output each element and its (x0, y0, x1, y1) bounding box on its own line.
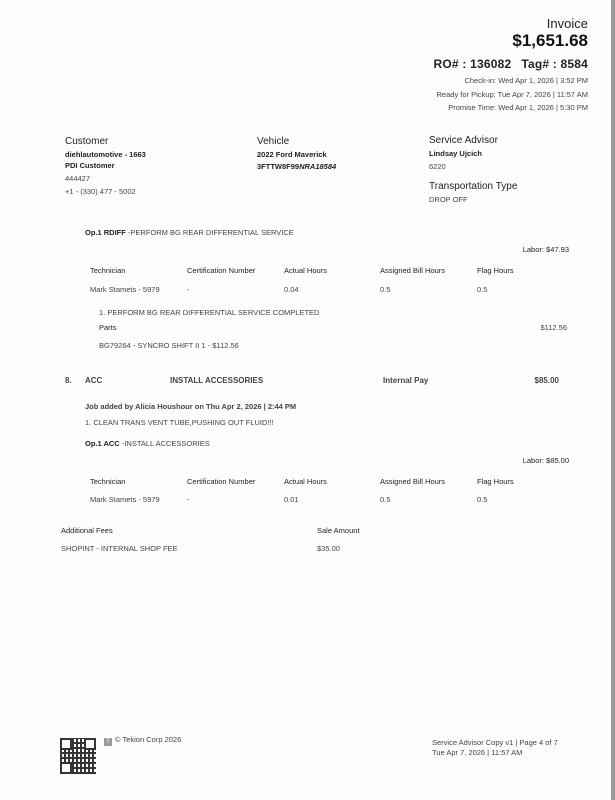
fees-label: Additional Fees (61, 526, 113, 535)
fee-item: SHOPINT - INTERNAL SHOP FEE (61, 544, 178, 553)
job7-story: 1. PERFORM BG REAR DIFFERENTIAL SERVICE … (99, 308, 319, 317)
transport-value: DROP OFF (429, 195, 517, 204)
job8-pay-type: Internal Pay (383, 376, 428, 385)
customer-name: diehlautomotive - 1663 (65, 150, 146, 159)
customer-section: Customer diehlautomotive - 1663 PDI Cust… (65, 136, 146, 196)
job8-tech-assigned: 0.5 (380, 495, 390, 504)
job7-parts-label: Parts (99, 323, 117, 332)
customer-type: PDI Customer (65, 161, 146, 170)
job7-tech-actual: 0.04 (284, 285, 299, 294)
job7-labor: Labor: $47.93 (523, 245, 569, 254)
job8-name: INSTALL ACCESSORIES (170, 376, 263, 385)
job8-number: 8. (65, 376, 72, 385)
advisor-label: Service Advisor (429, 135, 517, 146)
vin-prefix: 3FTTW8F99 (257, 162, 299, 171)
advisor-section: Service Advisor Lindsay Ujcich 6220 Tran… (429, 135, 517, 204)
job8-code: ACC (85, 376, 102, 385)
job8-labor-text: Labor: $85.00 (523, 456, 569, 465)
customer-label: Customer (65, 136, 146, 147)
job7-op-code: Op.1 RDIFF (85, 228, 126, 237)
tekion-logo-icon: T (104, 738, 112, 746)
check-in: Check-in: Wed Apr 1, 2026 | 3:52 PM (464, 76, 588, 85)
fees-amount-label: Sale Amount (317, 526, 360, 535)
job8-tech-actual: 0.01 (284, 495, 299, 504)
advisor-name: Lindsay Ujcich (429, 149, 517, 158)
tag-number: Tag# : 8584 (521, 57, 588, 71)
job7-th-assigned: Assigned Bill Hours (380, 266, 445, 275)
job7-tech-flag: 0.5 (477, 285, 487, 294)
job8-th-technician: Technician (90, 477, 125, 486)
job7-th-flag: Flag Hours (477, 266, 514, 275)
advisor-id: 6220 (429, 162, 517, 171)
job8-tech-name: Mark Stamets - 5979 (90, 495, 160, 504)
ready-for-pickup: Ready for Pickup: Tue Apr 7, 2026 | 11:5… (437, 90, 588, 99)
job7-th-cert: Certification Number (187, 266, 255, 275)
printed-time: Tue Apr 7, 2026 | 11:57 AM (432, 748, 522, 757)
job8-tech-cert: - (187, 495, 190, 504)
job7-tech-assigned: 0.5 (380, 285, 390, 294)
scan-edge (611, 0, 615, 800)
vin-suffix: NRA18584 (299, 162, 336, 171)
qr-code (60, 738, 96, 774)
job7-tech-name: Mark Stamets - 5979 (90, 285, 160, 294)
job7-op-line: Op.1 RDIFF -PERFORM BG REAR DIFFERENTIAL… (85, 228, 294, 237)
job7-part-line: BG79264 - SYNCRO SHIFT II 1 - $112.56 (99, 341, 239, 350)
customer-id: 444427 (65, 174, 146, 183)
job8-tech-flag: 0.5 (477, 495, 487, 504)
job8-th-flag: Flag Hours (477, 477, 514, 486)
invoice-title: Invoice (547, 16, 588, 31)
copyright-text: © Tekion Corp 2026 (115, 735, 181, 744)
copyright-line: T© Tekion Corp 2026 (104, 735, 181, 746)
promise-time: Promise Time: Wed Apr 1, 2026 | 5:30 PM (448, 103, 588, 112)
job7-th-technician: Technician (90, 266, 125, 275)
job8-th-actual: Actual Hours (284, 477, 327, 486)
job8-th-cert: Certification Number (187, 477, 255, 486)
vehicle-model: 2022 Ford Maverick (257, 150, 336, 159)
job7-parts-total: $112.56 (540, 323, 567, 332)
job8-amount: $85.00 (535, 376, 559, 385)
job8-op-code: Op.1 ACC (85, 439, 120, 448)
job7-labor-text: Labor: $47.93 (523, 245, 569, 254)
job7-op-desc: -PERFORM BG REAR DIFFERENTIAL SERVICE (126, 228, 294, 237)
ro-number: RO# : 136082 (434, 57, 512, 71)
ro-tag-line: RO# : 136082Tag# : 8584 (434, 57, 588, 71)
fee-amount: $35.00 (317, 544, 340, 553)
vehicle-label: Vehicle (257, 136, 336, 147)
job8-added-by: Job added by Alicia Houshour on Thu Apr … (85, 402, 296, 411)
transport-label: Transportation Type (429, 181, 517, 192)
customer-phone: +1 - (330) 477 - 5002 (65, 187, 146, 196)
job7-tech-cert: - (187, 285, 190, 294)
invoice-total: $1,651.68 (512, 31, 588, 51)
job7-th-actual: Actual Hours (284, 266, 327, 275)
job8-op-desc: -INSTALL ACCESSORIES (120, 439, 210, 448)
copy-info: Service Advisor Copy v1 | Page 4 of 7 (432, 738, 558, 747)
job8-concern: 1. CLEAN TRANS VENT TUBE,PUSHING OUT FLU… (85, 418, 274, 427)
job8-labor: Labor: $85.00 (523, 456, 569, 465)
vehicle-vin: 3FTTW8F99NRA18584 (257, 162, 336, 171)
job8-op-line: Op.1 ACC -INSTALL ACCESSORIES (85, 439, 210, 448)
vehicle-section: Vehicle 2022 Ford Maverick 3FTTW8F99NRA1… (257, 136, 336, 171)
job8-th-assigned: Assigned Bill Hours (380, 477, 445, 486)
